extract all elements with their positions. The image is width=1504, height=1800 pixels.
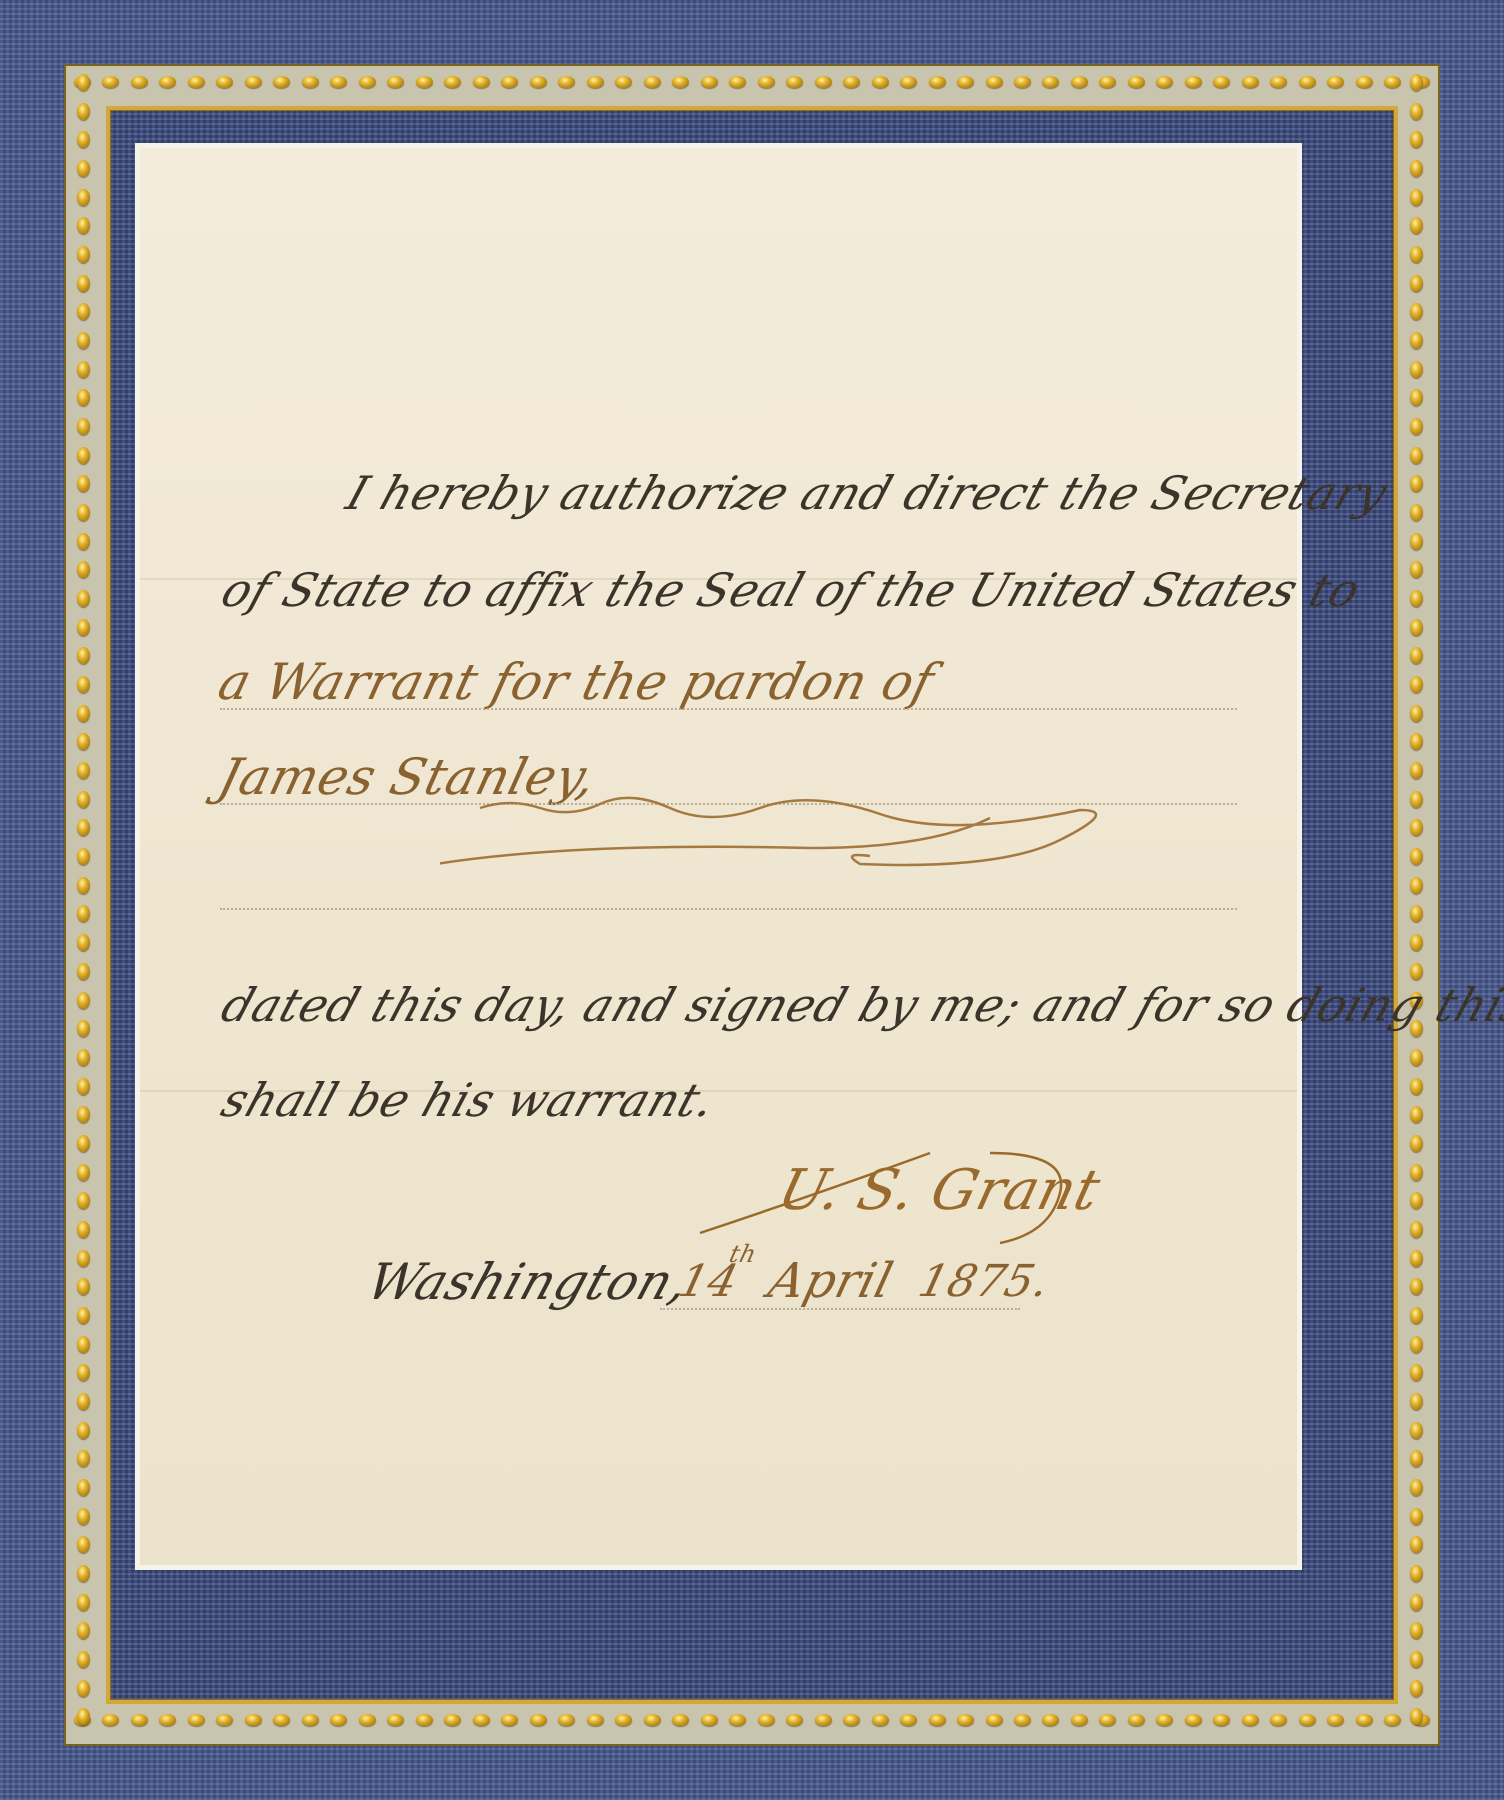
text-line-2: of State to affix the Seal of the United… [215,563,1367,617]
frame-bead [330,76,347,88]
frame-bead [1410,647,1423,664]
frame-bead [77,103,90,120]
frame-bead [558,76,575,88]
frame-bead [1410,504,1423,521]
frame-bead [1242,1714,1259,1726]
frame-bead [387,76,404,88]
frame-bead [131,1714,148,1726]
frame-bead [1185,76,1202,88]
frame-bead [1410,1164,1423,1181]
frame-bead [159,76,176,88]
text-line-6: shall be his warrant. [215,1073,723,1127]
frame-bead [530,76,547,88]
dotted-fill-line [220,708,1237,710]
frame-bead [77,447,90,464]
frame-bead [473,76,490,88]
frame-bead [1270,76,1287,88]
warrant-document: I hereby authorize and direct the Secret… [140,148,1297,1565]
signature-flourish [690,1143,1090,1253]
frame-bead [957,76,974,88]
frame-bead [786,76,803,88]
frame-bead [843,1714,860,1726]
frame-bead [77,705,90,722]
frame-bead [77,1450,90,1467]
frame-bead [501,1714,518,1726]
frame-bead [302,76,319,88]
frame-bead [77,647,90,664]
frame-bead [77,475,90,492]
frame-bead [1071,76,1088,88]
frame-bead [1410,1221,1423,1238]
frame-bead [77,561,90,578]
frame-bead [359,1714,376,1726]
frame-bead [77,1479,90,1496]
frame-bead [188,1714,205,1726]
frame-bead [245,1714,262,1726]
frame-bead [77,1278,90,1295]
frame-bead [1410,475,1423,492]
frame-bead [1213,76,1230,88]
frame-bead [1410,877,1423,894]
frame-bead [102,1714,119,1726]
frame-bead [77,217,90,234]
frame-bead [1410,533,1423,550]
frame-bead [77,1106,90,1123]
frame-bead [77,361,90,378]
frame-bead [77,246,90,263]
frame-bead [1410,1364,1423,1381]
frame-bead [77,762,90,779]
frame-bead [1410,1393,1423,1410]
frame-bead [1410,1651,1423,1668]
frame-bead [929,1714,946,1726]
frame-bead [77,1078,90,1095]
frame-bead [1099,1714,1116,1726]
frame-bead [273,1714,290,1726]
frame-bead [957,1714,974,1726]
frame-bead [1410,361,1423,378]
frame-bead [77,1020,90,1037]
frame-bead [1410,590,1423,607]
frame-beads-top [74,76,1430,96]
frame-bead [1410,1278,1423,1295]
frame-beads-bottom [74,1714,1430,1734]
handwritten-line-3: a Warrant for the pardon of [213,653,940,711]
frame-bead [587,1714,604,1726]
frame-bead [1410,1336,1423,1353]
frame-bead [1327,76,1344,88]
frame-bead [1014,1714,1031,1726]
frame-bead [216,1714,233,1726]
frame-bead [77,1135,90,1152]
frame-bead [1410,1049,1423,1066]
frame-bead [1410,561,1423,578]
frame-bead [1299,76,1316,88]
frame-bead [701,1714,718,1726]
frame-bead [77,676,90,693]
frame-bead [216,76,233,88]
frame-bead [1299,1714,1316,1726]
frame-bead [77,819,90,836]
frame-bead [77,791,90,808]
frame-bead [872,76,889,88]
frame-bead [77,733,90,750]
frame-bead [77,275,90,292]
frame-bead [359,76,376,88]
frame-bead [1156,1714,1173,1726]
frame-bead [872,1714,889,1726]
frame-bead [77,131,90,148]
frame-bead [1410,160,1423,177]
frame-bead [1410,418,1423,435]
frame-bead [77,934,90,951]
frame-bead [77,160,90,177]
frame-bead [77,1364,90,1381]
frame-bead [929,76,946,88]
frame-bead [1410,1450,1423,1467]
frame-bead [77,1708,90,1725]
frame-bead [1185,1714,1202,1726]
frame-bead [644,1714,661,1726]
frame-bead [77,1307,90,1324]
frame-bead [1410,1078,1423,1095]
frame-bead [1410,1622,1423,1639]
frame-bead [530,1714,547,1726]
frame-bead [1384,1714,1401,1726]
frame-bead [672,76,689,88]
frame-bead [444,76,461,88]
frame-bead [245,76,262,88]
frame-bead [77,533,90,550]
frame-bead [77,992,90,1009]
dotted-date-line [660,1308,1020,1310]
frame-bead [1410,934,1423,951]
frame-bead [843,76,860,88]
frame-bead [77,1221,90,1238]
frame-bead [77,1250,90,1267]
frame-bead [701,76,718,88]
frame-bead [1410,275,1423,292]
frame-bead [758,76,775,88]
frame-bead [1410,1565,1423,1582]
frame-bead [1410,733,1423,750]
frame-bead [1099,76,1116,88]
frame-bead [1128,76,1145,88]
frame-bead [644,76,661,88]
frame-bead [501,76,518,88]
frame-bead [77,848,90,865]
frame-bead [188,76,205,88]
frame-bead [1410,1422,1423,1439]
frame-bead [1042,76,1059,88]
frame-bead [416,76,433,88]
frame-bead [1410,131,1423,148]
frame-bead [1384,76,1401,88]
frame-bead [1410,1680,1423,1697]
flourish-line [440,778,1160,908]
frame-bead [1410,1536,1423,1553]
frame-bead [1156,76,1173,88]
frame-bead [1410,1106,1423,1123]
date-year: 1875. [914,1256,1055,1307]
frame-bead [900,1714,917,1726]
frame-bead [1410,1307,1423,1324]
frame-bead [1410,217,1423,234]
place-text: Washington, [360,1253,698,1311]
frame-bead [77,303,90,320]
frame-bead [1410,619,1423,636]
frame-bead [1014,76,1031,88]
frame-bead [1410,848,1423,865]
frame-bead [900,76,917,88]
frame-bead [387,1714,404,1726]
frame-bead [1213,1714,1230,1726]
frame-bead [672,1714,689,1726]
frame-bead [102,76,119,88]
frame-bead [1410,1594,1423,1611]
frame-bead [587,76,604,88]
frame-bead [77,504,90,521]
frame-beads-left [77,74,97,1726]
frame-bead [77,418,90,435]
frame-bead [1410,74,1423,91]
frame-bead [77,1393,90,1410]
frame-bead [77,1164,90,1181]
frame-bead [77,1536,90,1553]
frame-bead [815,76,832,88]
frame-bead [77,1651,90,1668]
frame-bead [1410,705,1423,722]
frame-bead [1410,447,1423,464]
frame-bead [1128,1714,1145,1726]
frame-bead [77,877,90,894]
frame-bead [77,1336,90,1353]
frame-bead [1410,791,1423,808]
frame-bead [77,1508,90,1525]
frame-bead [1356,1714,1373,1726]
frame-bead [815,1714,832,1726]
frame-bead [77,590,90,607]
frame-bead [273,76,290,88]
frame-bead [77,1422,90,1439]
frame-bead [77,905,90,922]
frame-bead [444,1714,461,1726]
frame-bead [1410,189,1423,206]
frame-bead [1410,1192,1423,1209]
frame-bead [1042,1714,1059,1726]
frame-beads-right [1410,74,1430,1726]
text-line-5: dated this day, and signed by me; and fo… [215,978,1504,1032]
frame-bead [131,76,148,88]
frame-bead [77,1594,90,1611]
frame-bead [1410,1135,1423,1152]
frame-bead [1270,1714,1287,1726]
frame-bead [1410,303,1423,320]
frame-bead [1242,76,1259,88]
frame-bead [1410,1708,1423,1725]
frame-bead [473,1714,490,1726]
frame-bead [1410,332,1423,349]
frame-bead [1410,1508,1423,1525]
frame-bead [77,1622,90,1639]
frame-bead [77,389,90,406]
frame-bead [1410,762,1423,779]
frame-bead [77,332,90,349]
frame-bead [986,76,1003,88]
frame-bead [1071,1714,1088,1726]
dotted-fill-line [220,908,1237,910]
frame-bead [1410,389,1423,406]
frame-bead [77,963,90,980]
frame-bead [77,1680,90,1697]
frame-bead [615,76,632,88]
frame-bead [159,1714,176,1726]
frame-bead [615,1714,632,1726]
frame-bead [77,189,90,206]
frame-bead [77,1192,90,1209]
date-suffix: th [727,1240,760,1268]
frame-bead [729,76,746,88]
frame-bead [986,1714,1003,1726]
frame-bead [302,1714,319,1726]
frame-bead [77,1049,90,1066]
frame-bead [1410,1250,1423,1267]
frame-bead [729,1714,746,1726]
frame-bead [758,1714,775,1726]
frame-bead [1410,1479,1423,1496]
frame-bead [1410,905,1423,922]
frame-bead [77,619,90,636]
frame-bead [1356,76,1373,88]
frame-bead [558,1714,575,1726]
text-line-1: I hereby authorize and direct the Secret… [340,466,1395,520]
date-month: April [763,1253,899,1309]
frame-bead [786,1714,803,1726]
frame-bead [77,74,90,91]
frame-bead [1410,246,1423,263]
frame-bead [77,1565,90,1582]
frame-bead [1410,676,1423,693]
frame-bead [1410,103,1423,120]
frame-bead [1410,819,1423,836]
frame-bead [416,1714,433,1726]
frame-bead [330,1714,347,1726]
frame-bead [1327,1714,1344,1726]
